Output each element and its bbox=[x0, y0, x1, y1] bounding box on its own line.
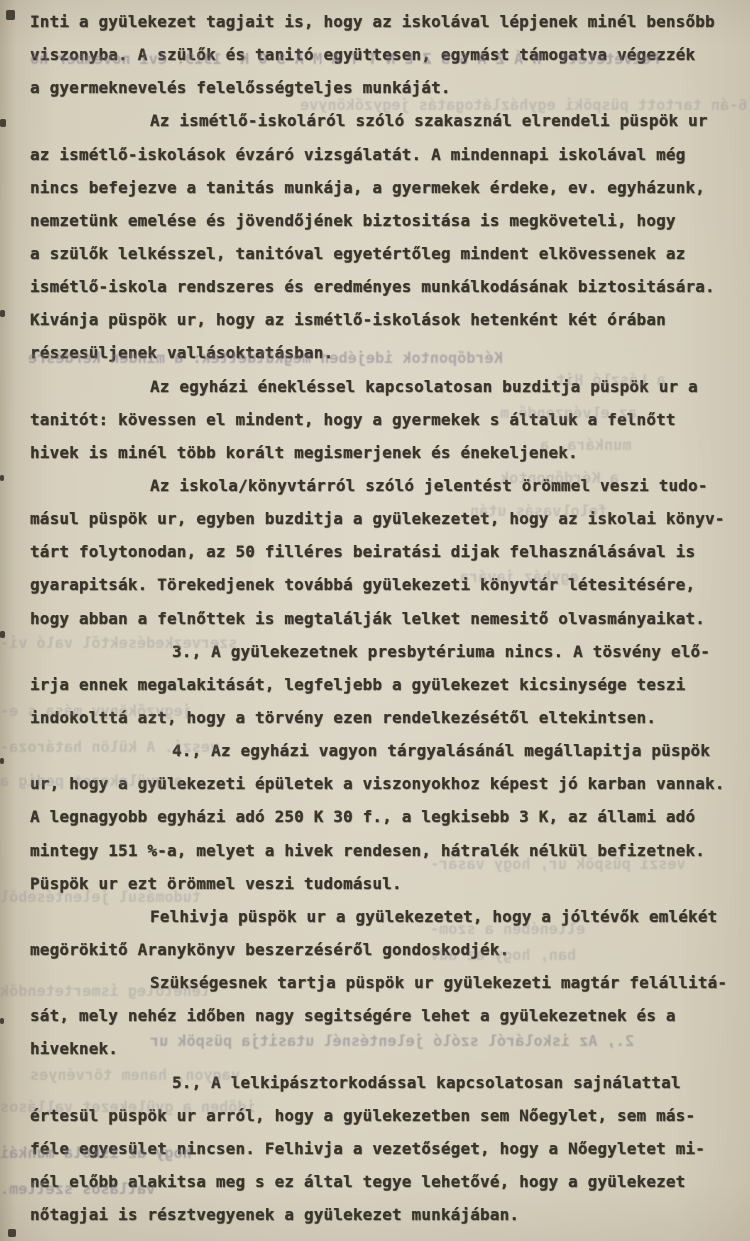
typed-line: mintegy 151 %-a, melyet a hivek rendesen… bbox=[0, 834, 750, 867]
ink-speck bbox=[8, 1229, 16, 1237]
typed-line: tárt folytonodan, az 50 filléres beiratá… bbox=[0, 535, 750, 568]
typed-line: Az ismétlő-iskoláról szóló szakasznál el… bbox=[0, 104, 750, 137]
typed-line: az ismétlő-iskolások évzáró vizsgálatát.… bbox=[0, 138, 750, 171]
typed-line: nél előbb alakitsa meg s ez által tegye … bbox=[0, 1165, 750, 1198]
typed-line: nőtagjai is résztvegyenek a gyülekezet m… bbox=[0, 1198, 750, 1231]
document-page: Inti a gyülekezet tagjait is, hogy az is… bbox=[0, 0, 750, 1241]
typed-line: a gyermeknevelés felelősségteljes munkáj… bbox=[0, 71, 750, 104]
ink-speck bbox=[0, 1018, 4, 1024]
ink-speck bbox=[0, 631, 5, 638]
typed-line: nincs befejezve a tanitás munkája, a gye… bbox=[0, 171, 750, 204]
typed-line: értesül püspök ur arról, hogy a gyülekez… bbox=[0, 1099, 750, 1132]
ink-speck bbox=[0, 310, 5, 317]
typed-line: indokolttá azt, hogy a törvény ezen rend… bbox=[0, 701, 750, 734]
typed-line: hiveknek. bbox=[0, 1032, 750, 1065]
typed-line: irja ennek megalakitását, legfeljebb a g… bbox=[0, 668, 750, 701]
ink-speck bbox=[0, 475, 4, 481]
typed-line: Püspök ur ezt örömmel veszi tudomásul. bbox=[0, 867, 750, 900]
typed-line: féle egyesület nincsen. Felhivja a vezet… bbox=[0, 1132, 750, 1165]
typed-line: 4., Az egyházi vagyon tárgyalásánál megá… bbox=[0, 734, 750, 767]
typed-line: megörökitő Aranykönyv beszerzéséről gond… bbox=[0, 933, 750, 966]
typed-line: a szülők lelkésszel, tanitóval egyetértő… bbox=[0, 237, 750, 270]
typed-line: tanitót: kövessen el mindent, hogy a gye… bbox=[0, 403, 750, 436]
typed-line: Kivánja püspök ur, hogy az ismétlő-iskol… bbox=[0, 303, 750, 336]
typed-line: ismétlő-iskola rendszeres és eredményes … bbox=[0, 270, 750, 303]
typed-line: ur, hogy a gyülekezeti épületek a viszon… bbox=[0, 767, 750, 800]
typed-line: 3., A gyülekezetnek presbytériuma nincs.… bbox=[0, 635, 750, 668]
ink-speck bbox=[0, 758, 4, 764]
typed-line: részesüljenek vallásoktatásban. bbox=[0, 336, 750, 369]
typed-line: A legnagyobb egyházi adó 250 K 30 f., a … bbox=[0, 800, 750, 833]
typed-line: Szükségesnek tartja püspök ur gyülekezet… bbox=[0, 966, 750, 999]
ink-speck bbox=[6, 10, 15, 20]
ink-speck bbox=[0, 119, 6, 127]
typed-line: hogy abban a felnőttek is megtalálják le… bbox=[0, 602, 750, 635]
typed-line: Az iskola/könyvtárról szóló jelentést ör… bbox=[0, 469, 750, 502]
typed-line: Az egyházi énekléssel kapcsolatosan buzd… bbox=[0, 370, 750, 403]
typed-line: Inti a gyülekezet tagjait is, hogy az is… bbox=[0, 5, 750, 38]
typed-line: Felhivja püspök ur a gyülekezetet, hogy … bbox=[0, 900, 750, 933]
typed-line: viszonyba. A szülők és tanitó együttesen… bbox=[0, 38, 750, 71]
typed-line: sát, mely nehéz időben nagy segitségére … bbox=[0, 999, 750, 1032]
typed-line: nemzetünk emelése és jövendőjének biztos… bbox=[0, 204, 750, 237]
typed-line: gyarapitsák. Törekedjenek továbbá gyülek… bbox=[0, 568, 750, 601]
typed-line: hivek is minél több korált megismerjenek… bbox=[0, 436, 750, 469]
typed-line: másul püspök ur, egyben buzditja a gyüle… bbox=[0, 502, 750, 535]
typed-line: 5., A lelkipásztorkodással kapcsolatosan… bbox=[0, 1066, 750, 1099]
typed-text-block: Inti a gyülekezet tagjait is, hogy az is… bbox=[0, 0, 750, 1231]
